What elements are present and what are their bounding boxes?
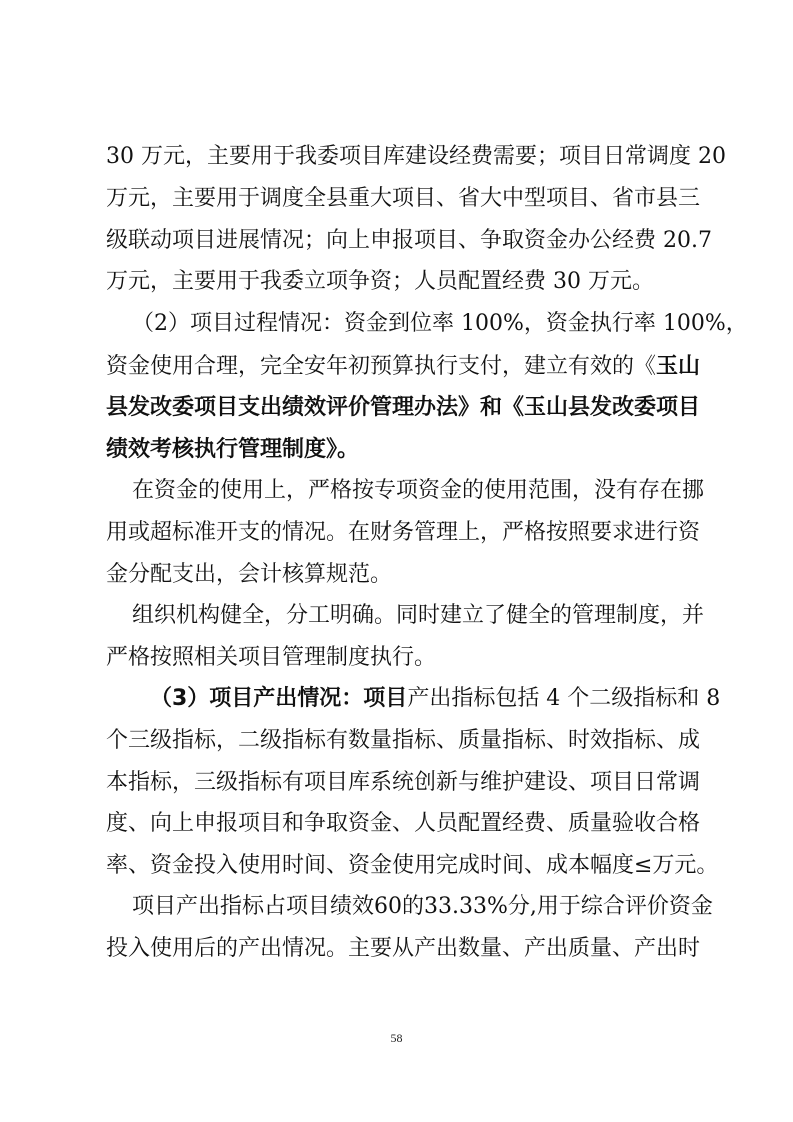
- text-line: 严格按照相关项目管理制度执行。: [106, 637, 690, 679]
- bold-text-span: 县发改委项目支出绩效评价管理办法》和《玉山县发改委项目: [106, 395, 700, 420]
- bold-text-line: 绩效考核执行管理制度》。: [106, 429, 690, 471]
- page-number: 58: [0, 1031, 793, 1046]
- text-line: 用或超标准开支的情况。在财务管理上，严格按照要求进行资: [106, 512, 690, 554]
- bold-text-span: 玉山: [656, 354, 700, 379]
- text-line: 组织机构健全，分工明确。同时建立了健全的管理制度，并: [132, 595, 690, 637]
- text-line: 度、向上申报项目和争取资金、人员配置经费、质量验收合格: [106, 803, 690, 845]
- text-line: 率、资金投入使用时间、资金使用完成时间、成本幅度≤万元。: [106, 845, 690, 887]
- text-line: 本指标，三级指标有项目库系统创新与维护建设、项目日常调: [106, 762, 690, 804]
- text-span: 度、向上申报项目和争取资金、人员配置经费、质量验收合格: [106, 811, 700, 836]
- text-span: 金分配支出，会计核算规范。: [106, 562, 392, 587]
- text-span: 项目产出指标占项目绩效60的33.33%分,用于综合评价资金: [132, 894, 713, 919]
- text-line: 个三级指标，二级指标有数量指标、质量指标、时效指标、成: [106, 720, 690, 762]
- paragraph-heading-process: （2）项目过程情况：资金到位率 100%，资金执行率 100%，: [132, 303, 690, 345]
- paragraph-heading-output: （3）项目产出情况：项目产出指标包括 4 个二级指标和 8: [150, 678, 690, 720]
- text-span: 产出指标包括 4 个二级指标和 8: [407, 686, 720, 711]
- text-span: 严格按照相关项目管理制度执行。: [106, 645, 436, 670]
- text-span: 级联动项目进展情况；向上申报项目、争取资金办公经费 20.7: [106, 228, 712, 253]
- text-line: 资金使用合理，完全安年初预算执行支付，建立有效的《玉山: [106, 346, 690, 388]
- text-span: 万元，主要用于我委立项争资；人员配置经费 30 万元。: [106, 269, 654, 294]
- text-line: 万元，主要用于调度全县重大项目、省大中型项目、省市县三: [106, 178, 690, 220]
- text-span: 率、资金投入使用时间、资金使用完成时间、成本幅度≤万元。: [106, 853, 718, 878]
- text-span: （2）项目过程情况：资金到位率 100%，资金执行率 100%，: [132, 311, 748, 336]
- text-span: 资金使用合理，完全安年初预算执行支付，建立有效的《: [106, 354, 656, 379]
- text-line: 投入使用后的产出情况。主要从产出数量、产出质量、产出时: [106, 928, 690, 970]
- document-page: 30 万元，主要用于我委项目库建设经费需要；项目日常调度 20 万元，主要用于调…: [0, 0, 793, 1122]
- text-line: 在资金的使用上，严格按专项资金的使用范围，没有存在挪: [132, 470, 690, 512]
- text-line: 项目产出指标占项目绩效60的33.33%分,用于综合评价资金: [132, 886, 690, 928]
- text-line: 金分配支出，会计核算规范。: [106, 554, 690, 596]
- bold-text-line: 县发改委项目支出绩效评价管理办法》和《玉山县发改委项目: [106, 387, 690, 429]
- text-line: 级联动项目进展情况；向上申报项目、争取资金办公经费 20.7: [106, 220, 690, 262]
- text-span: 用或超标准开支的情况。在财务管理上，严格按照要求进行资: [106, 520, 700, 545]
- text-line: 万元，主要用于我委立项争资；人员配置经费 30 万元。: [106, 261, 690, 303]
- text-span: 个三级指标，二级指标有数量指标、质量指标、时效指标、成: [106, 728, 700, 753]
- text-span: 本指标，三级指标有项目库系统创新与维护建设、项目日常调: [106, 770, 700, 795]
- text-span: 30 万元，主要用于我委项目库建设经费需要；项目日常调度 20: [106, 144, 726, 169]
- text-span: 组织机构健全，分工明确。同时建立了健全的管理制度，并: [132, 603, 704, 628]
- text-line: 30 万元，主要用于我委项目库建设经费需要；项目日常调度 20: [106, 136, 690, 178]
- bold-text-span: （3）项目产出情况：项目: [150, 686, 407, 711]
- text-span: 在资金的使用上，严格按专项资金的使用范围，没有存在挪: [132, 478, 704, 503]
- text-span: 投入使用后的产出情况。主要从产出数量、产出质量、产出时: [106, 936, 700, 961]
- text-span: 万元，主要用于调度全县重大项目、省大中型项目、省市县三: [106, 186, 700, 211]
- bold-text-span: 绩效考核执行管理制度》。: [106, 437, 359, 462]
